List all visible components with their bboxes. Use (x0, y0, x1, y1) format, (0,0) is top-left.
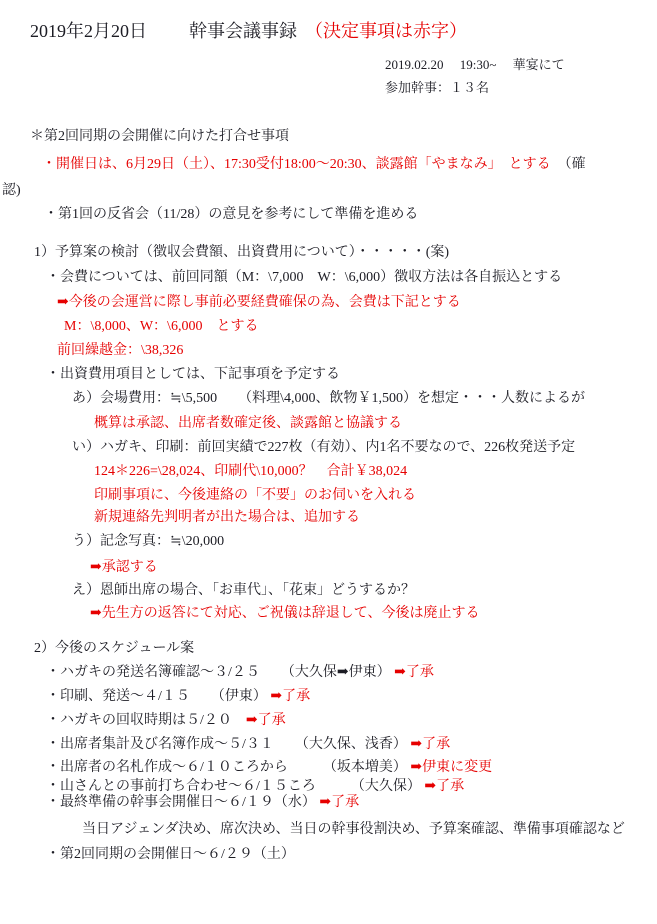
text-segment: ・最終準備の幹事会開催日～６/１９（水） (46, 795, 316, 810)
text-segment: ・第1回の反省会（11/28）の意見を参考にして準備を進める (44, 207, 418, 222)
text-segment-red: ➡了承 (391, 665, 434, 680)
document-line: ・出席者集計及び名簿作成～５/３１ （大久保、浅香） ➡了承 (0, 733, 657, 757)
text-segment: あ）会場費用：≒\5,500 （料理\4,000、飲物￥1,500）を想定・・・… (72, 391, 585, 406)
document-line: M：\8,000、W：\6,000 とする (0, 315, 657, 339)
text-segment-red: 概算は承認、出席者数確定後、談露館と協議する (94, 416, 402, 431)
document-line: ・印刷、発送～４/１５ （伊東） ➡了承 (0, 685, 657, 709)
document-line: ➡先生方の返答にて対応、ご祝儀は辞退して、今後は廃止する (0, 602, 657, 626)
document-line: ・最終準備の幹事会開催日～６/１９（水） ➡了承 (0, 791, 657, 815)
text-segment: う）記念写真：≒\20,000 (72, 534, 224, 549)
text-segment: ・印刷、発送～４/１５ （伊東） (46, 689, 267, 704)
text-segment: ・ハガキの発送名簿確認～３/２５ （大久保➡伊東） (46, 665, 391, 680)
text-segment-red: M：\8,000、W：\6,000 とする (64, 319, 258, 334)
document-line: 認) (0, 179, 657, 203)
document-line: 概算は承認、出席者数確定後、談露館と協議する (0, 412, 657, 436)
text-segment-red: ➡先生方の返答にて対応、ご祝儀は辞退して、今後は廃止する (90, 606, 479, 621)
text-segment: （確 (551, 157, 586, 172)
document-line: ＊第2回同期の会開催に向けた打合せ事項 (0, 125, 657, 149)
document-line: ・第1回の反省会（11/28）の意見を参考にして準備を進める (0, 203, 657, 227)
text-segment-red: ➡了承 (421, 779, 464, 794)
text-segment: ・出資費用項目としては、下記事項を予定する (46, 367, 340, 382)
document-line: 124＊226=\28,024、印刷代\10,000？ 合計￥38,024 (0, 460, 657, 484)
text-segment-red: ・開催日は、6月29日（土）、17:30受付18:00～20:30、談露館「やま… (42, 157, 551, 172)
text-segment-red: 124＊226=\28,024、印刷代\10,000？ 合計￥38,024 (94, 464, 407, 479)
text-segment: 1）予算案の検討（徴収会費額、出資費用について）・・・・・(案) (34, 245, 449, 260)
text-segment: ＊第2回同期の会開催に向けた打合せ事項 (30, 129, 289, 144)
text-segment: ・出席者の名札作成～６/１０ころから （坂本増美） (46, 760, 407, 775)
document-line: 当日アジェンダ決め、席次決め、当日の幹事役割決め、予算案確認、準備事項確認など (0, 818, 657, 842)
text-segment: 認) (2, 183, 21, 198)
document-line: ・ハガキの回収時期は５/２０ ➡了承 (0, 709, 657, 733)
text-segment: ・第2回同期の会開催日～６/２９（土） (46, 847, 295, 862)
text-segment-red: ➡今後の会運営に際し事前必要経費確保の為、会費は下記とする (57, 295, 461, 310)
text-segment: い）ハガキ、印刷：前回実績で227枚（有効）、内1名不要なので、226枚発送予定 (72, 440, 575, 455)
text-segment-red: ➡了承 (267, 689, 310, 704)
document-line: ・会費については、前回同額（M：\7,000 W：\6,000）徴収方法は各自振… (0, 266, 657, 290)
document-line: ・開催日は、6月29日（土）、17:30受付18:00～20:30、談露館「やま… (0, 153, 657, 177)
document-line: い）ハガキ、印刷：前回実績で227枚（有効）、内1名不要なので、226枚発送予定 (0, 436, 657, 460)
text-segment: え）恩師出席の場合、「お車代」、「花束」どうするか？ (72, 583, 415, 598)
text-segment-red: 前回繰越金：\38,326 (57, 343, 183, 358)
document-line: あ）会場費用：≒\5,500 （料理\4,000、飲物￥1,500）を想定・・・… (0, 387, 657, 411)
document-line: ・第2回同期の会開催日～６/２９（土） (0, 843, 657, 867)
document-line: ➡今後の会運営に際し事前必要経費確保の為、会費は下記とする (0, 291, 657, 315)
document-line: ・出資費用項目としては、下記事項を予定する (0, 363, 657, 387)
text-segment-red: ➡伊東に変更 (407, 760, 492, 775)
document-line: う）記念写真：≒\20,000 (0, 530, 657, 554)
text-segment-red: 新規連絡先判明者が出た場合は、追加する (94, 510, 360, 525)
title-date: 2019年2月20日 (30, 21, 147, 41)
meta-attendees: 参加幹事：１３名 (385, 76, 657, 99)
title-red-note: （決定事項は赤字） (305, 21, 467, 41)
meeting-meta: 2019.02.20 19:30~ 華宴にて 参加幹事：１３名 (385, 53, 657, 99)
meta-datetime: 2019.02.20 19:30~ 華宴にて (385, 53, 657, 76)
text-segment: ・会費については、前回同額（M：\7,000 W：\6,000）徴収方法は各自振… (46, 270, 562, 285)
document-line: ➡承認する (0, 556, 657, 580)
text-segment-red: ➡承認する (90, 560, 158, 575)
text-segment: 当日アジェンダ決め、席次決め、当日の幹事役割決め、予算案確認、準備事項確認など (82, 822, 625, 837)
document-line: 印刷事項に、今後連絡の「不要」のお伺いを入れる (0, 484, 657, 508)
text-segment-red: ➡了承 (246, 713, 286, 728)
text-segment: ・出席者集計及び名簿作成～５/３１ （大久保、浅香） (46, 737, 407, 752)
document-line: ・ハガキの発送名簿確認～３/２５ （大久保➡伊東） ➡了承 (0, 661, 657, 685)
text-segment-red: ➡了承 (407, 737, 450, 752)
text-segment: ・ハガキの回収時期は５/２０ (46, 713, 246, 728)
document-title: 2019年2月20日幹事会議事録（決定事項は赤字） (0, 18, 657, 44)
text-segment: 2）今後のスケジュール案 (34, 641, 194, 656)
document-line: 新規連絡先判明者が出た場合は、追加する (0, 506, 657, 530)
document-line: 前回繰越金：\38,326 (0, 339, 657, 363)
document-line: え）恩師出席の場合、「お車代」、「花束」どうするか？ (0, 579, 657, 603)
text-segment-red: ➡了承 (316, 795, 359, 810)
document-page: 2019年2月20日幹事会議事録（決定事項は赤字） 2019.02.20 19:… (0, 0, 657, 924)
title-main: 幹事会議事録 (189, 21, 297, 41)
document-line: 1）予算案の検討（徴収会費額、出資費用について）・・・・・(案) (0, 241, 657, 265)
text-segment-red: 印刷事項に、今後連絡の「不要」のお伺いを入れる (94, 488, 416, 503)
document-line: 2）今後のスケジュール案 (0, 637, 657, 661)
document-body: ＊第2回同期の会開催に向けた打合せ事項・開催日は、6月29日（土）、17:30受… (0, 125, 657, 867)
